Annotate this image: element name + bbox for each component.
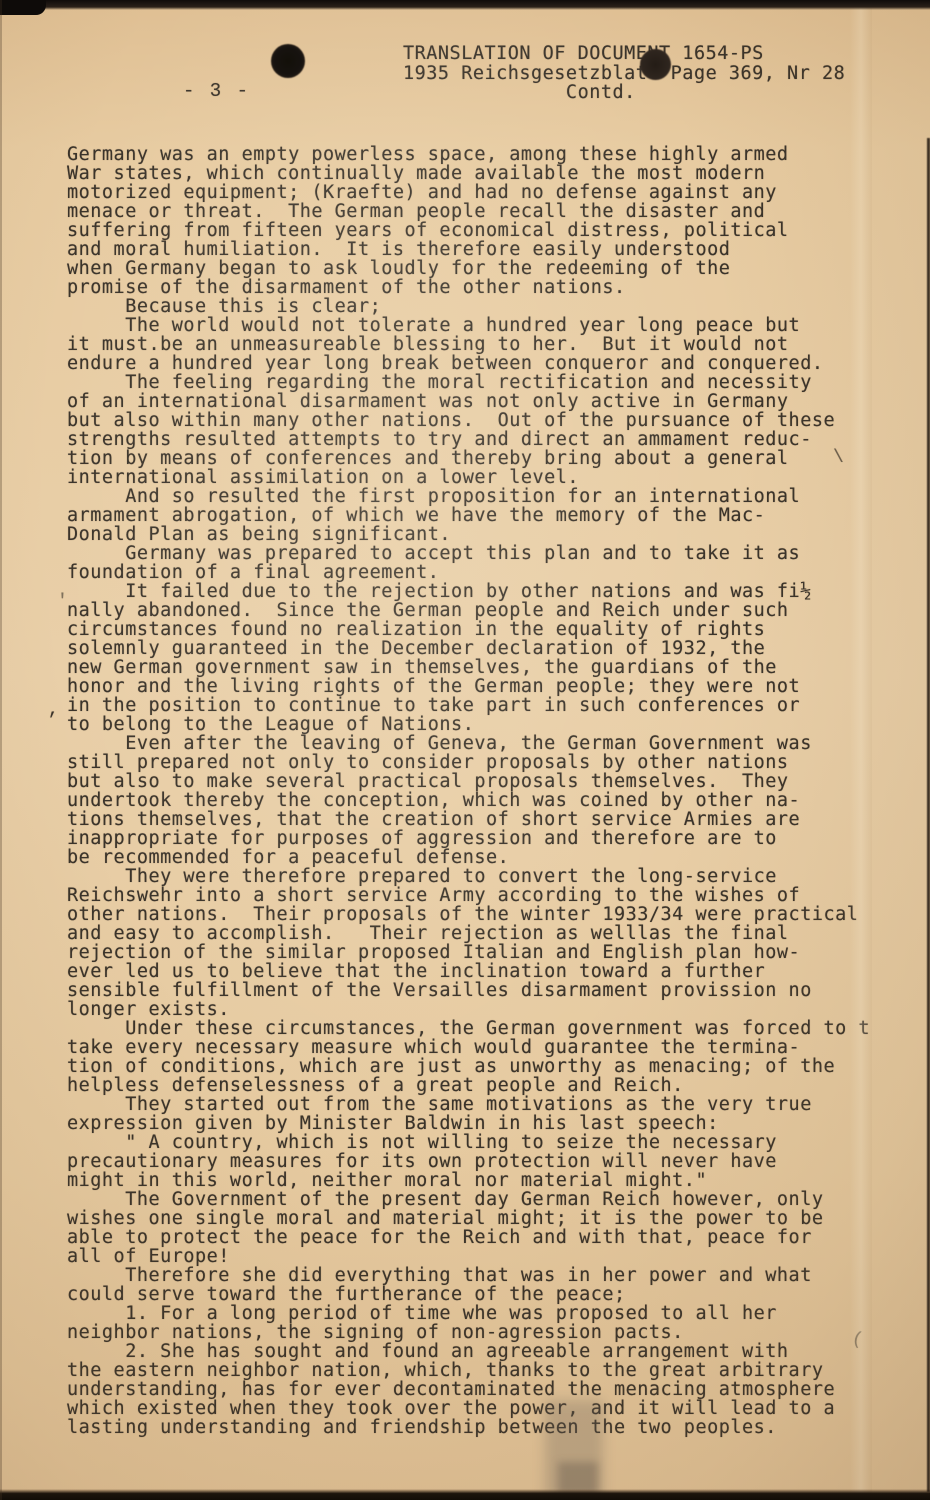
punch-hole-icon [271, 44, 305, 78]
scan-edge-top-corner [0, 0, 46, 15]
page-number: - 3 - [183, 80, 250, 102]
stray-mark: \ [833, 448, 844, 468]
document-body-text: Germany was an empty powerless space, am… [67, 145, 870, 1437]
stray-mark: ' [57, 592, 68, 612]
scan-edge-top [0, 0, 930, 10]
punch-hole-icon [640, 49, 671, 80]
scan-edge-left [0, 0, 2, 1500]
scan-edge-bottom [0, 1489, 930, 1500]
document-header: TRANSLATION OF DOCUMENT 1654-PS 1935 Rei… [403, 44, 845, 103]
scanned-document: { "colors": { "paper": "#e9cfa8", "ink":… [0, 0, 930, 1500]
smudge-mark [558, 1462, 598, 1496]
stray-mark: , [48, 700, 59, 720]
